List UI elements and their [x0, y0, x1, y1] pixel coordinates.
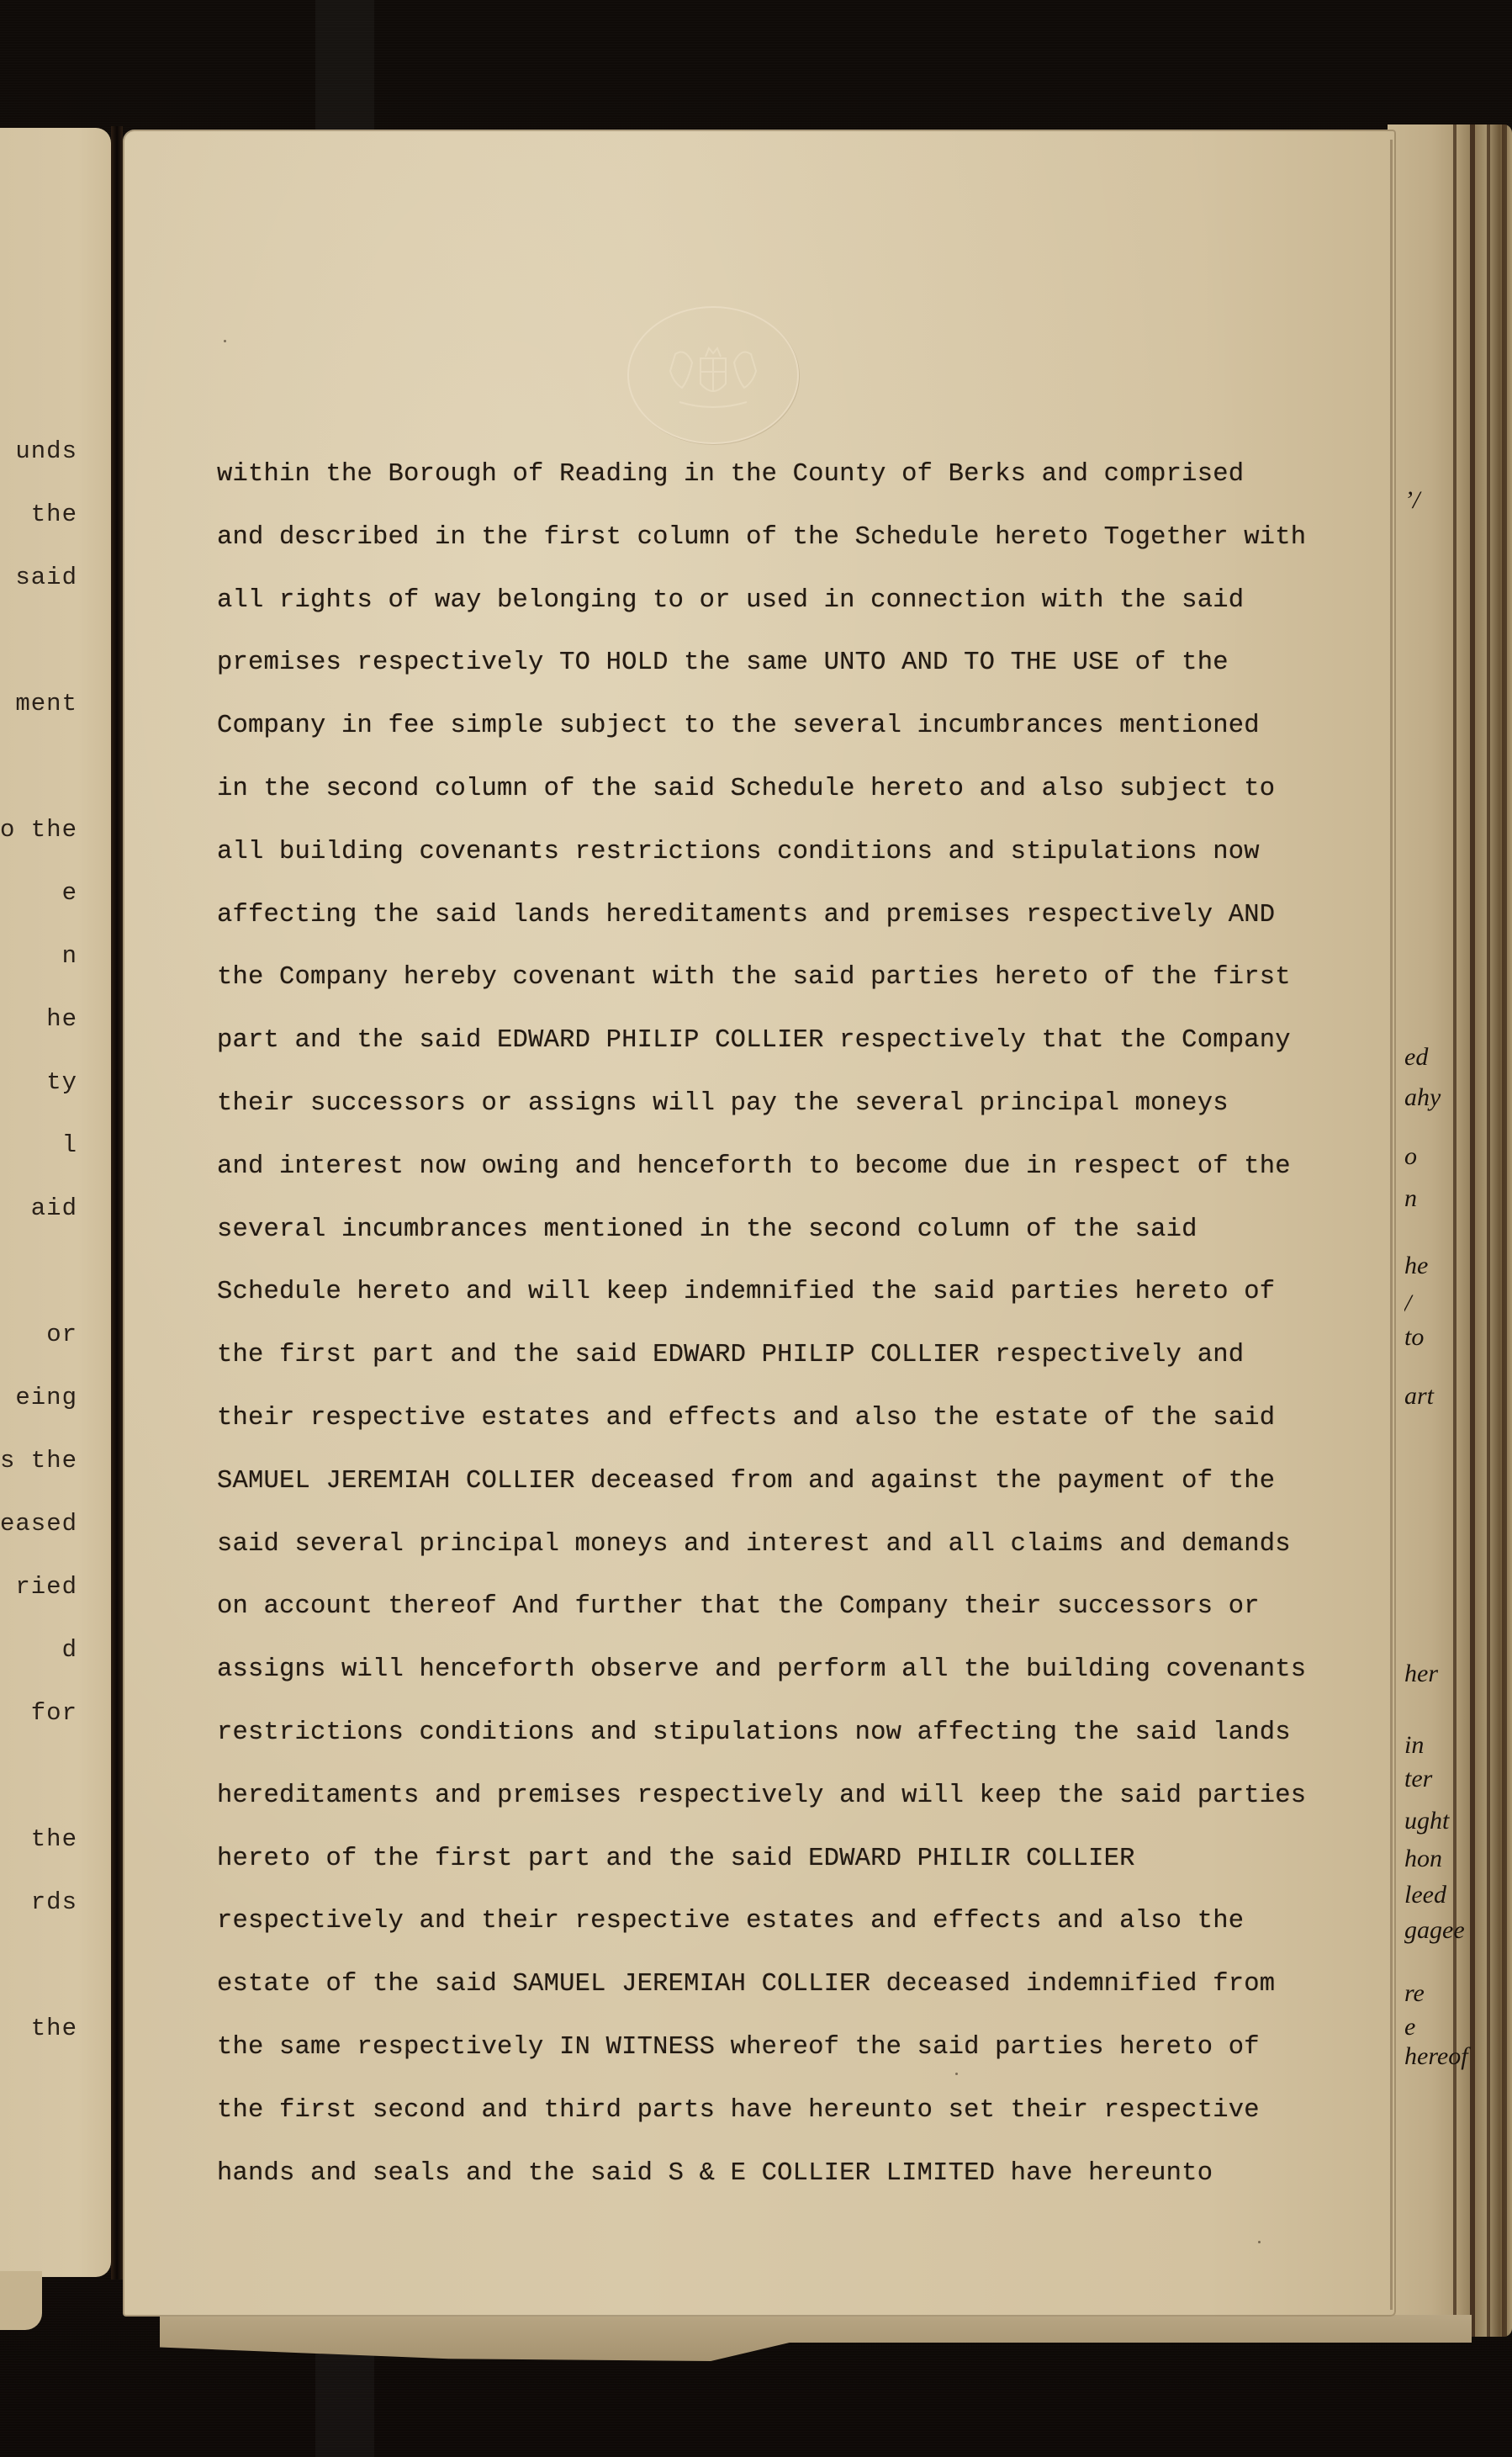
coat-of-arms-icon [650, 325, 776, 426]
left-page-text-fragment: e [0, 879, 77, 907]
handwritten-fragment: o [1404, 1142, 1480, 1171]
left-page-text-fragment: for [0, 1699, 77, 1727]
left-page-text-fragment: aid [0, 1194, 77, 1222]
left-page-text-fragment: unds [0, 437, 77, 465]
left-page-text-fragment: the [0, 1825, 77, 1853]
handwritten-fragment: ter [1404, 1765, 1480, 1793]
leaf-edge [1487, 124, 1490, 2337]
text-line: the same respectively IN WITNESS whereof… [217, 2026, 1394, 2089]
text-line: premises respectively TO HOLD the same U… [217, 642, 1394, 705]
left-page: undsthesaidmentto theenhetylaidoreings t… [0, 128, 111, 2277]
text-line: on account thereof And further that the … [217, 1586, 1394, 1649]
handwritten-fragment: to [1404, 1323, 1480, 1352]
paper-speck [224, 340, 226, 342]
left-page-text-fragment: rds [0, 1888, 77, 1916]
document-page: within the Borough of Reading in the Cou… [123, 130, 1396, 2317]
handwritten-fragment: he [1404, 1252, 1480, 1280]
handwritten-fragment: gagee [1404, 1916, 1480, 1945]
leaf-edge [1502, 124, 1507, 2337]
text-line: and interest now owing and henceforth to… [217, 1146, 1394, 1209]
text-line: the first second and third parts have he… [217, 2089, 1394, 2153]
text-line: estate of the said SAMUEL JEREMIAH COLLI… [217, 1963, 1394, 2026]
page-stack-edge: ’/edahyonhe/toartherinterughthonleedgage… [1388, 124, 1512, 2337]
text-line: several incumbrances mentioned in the se… [217, 1209, 1394, 1272]
text-line: respectively and their respective estate… [217, 1900, 1394, 1963]
text-line: and described in the first column of the… [217, 516, 1394, 580]
handwritten-fragment: e [1404, 2013, 1480, 2041]
book-gutter [111, 126, 123, 2280]
text-line: hereditaments and premises respectively … [217, 1775, 1394, 1838]
handwritten-fragment: hon [1404, 1845, 1480, 1873]
text-line: affecting the said lands hereditaments a… [217, 894, 1394, 957]
left-page-text-fragment: he [0, 1005, 77, 1033]
handwritten-fragment: ahy [1404, 1083, 1480, 1112]
left-page-text-fragment: ment [0, 690, 77, 718]
text-line: all building covenants restrictions cond… [217, 831, 1394, 894]
text-line: assigns will henceforth observe and perf… [217, 1649, 1394, 1712]
handwritten-fragment: re [1404, 1979, 1480, 2008]
text-line: part and the said EDWARD PHILIP COLLIER … [217, 1019, 1394, 1083]
left-page-text-fragment: or [0, 1321, 77, 1348]
handwritten-fragment: hereof [1404, 2042, 1480, 2071]
text-line: Company in fee simple subject to the sev… [217, 705, 1394, 768]
embossed-seal [627, 306, 799, 444]
left-page-text-fragment: ty [0, 1068, 77, 1096]
text-line: their respective estates and effects and… [217, 1397, 1394, 1460]
left-page-text-fragment: d [0, 1636, 77, 1664]
handwritten-fragment: art [1404, 1382, 1480, 1411]
text-line: the Company hereby covenant with the sai… [217, 956, 1394, 1019]
left-page-text-fragment: l [0, 1131, 77, 1159]
left-page-text-fragment: eing [0, 1384, 77, 1411]
left-page-lower-leaf [0, 2271, 42, 2330]
paper-speck [1258, 2241, 1261, 2243]
deed-text: within the Borough of Reading in the Cou… [217, 453, 1394, 2215]
handwritten-fragment: n [1404, 1184, 1480, 1213]
text-line: the first part and the said EDWARD PHILI… [217, 1334, 1394, 1397]
text-line: in the second column of the said Schedul… [217, 768, 1394, 831]
text-line: their successors or assigns will pay the… [217, 1083, 1394, 1146]
handwritten-fragment: ught [1404, 1807, 1480, 1835]
handwritten-fragment: her [1404, 1660, 1480, 1688]
text-line: Schedule hereto and will keep indemnifie… [217, 1271, 1394, 1334]
handwritten-fragment: / [1404, 1289, 1480, 1318]
text-line: restrictions conditions and stipulations… [217, 1712, 1394, 1775]
text-line: all rights of way belonging to or used i… [217, 580, 1394, 643]
left-page-text-fragment: eased [0, 1510, 77, 1538]
left-page-text-fragment: s the [0, 1447, 77, 1475]
left-page-text-fragment: the [0, 2015, 77, 2042]
text-line: hands and seals and the said S & E COLLI… [217, 2153, 1394, 2216]
text-line: said several principal moneys and intere… [217, 1523, 1394, 1586]
handwritten-fragment: ’/ [1404, 486, 1480, 515]
left-page-text-fragment: said [0, 564, 77, 591]
handwritten-fragment: ed [1404, 1043, 1480, 1072]
left-page-text-fragment: to the [0, 816, 77, 844]
text-line: SAMUEL JEREMIAH COLLIER deceased from an… [217, 1460, 1394, 1523]
handwritten-fragment: in [1404, 1731, 1480, 1760]
left-page-text-fragment: the [0, 500, 77, 528]
left-page-text-fragment: ried [0, 1573, 77, 1601]
text-line: hereto of the first part and the said ED… [217, 1838, 1394, 1901]
text-line: within the Borough of Reading in the Cou… [217, 453, 1394, 516]
left-page-text-fragment: n [0, 942, 77, 970]
handwritten-fragment: leed [1404, 1881, 1480, 1909]
paper-speck [955, 2073, 958, 2075]
